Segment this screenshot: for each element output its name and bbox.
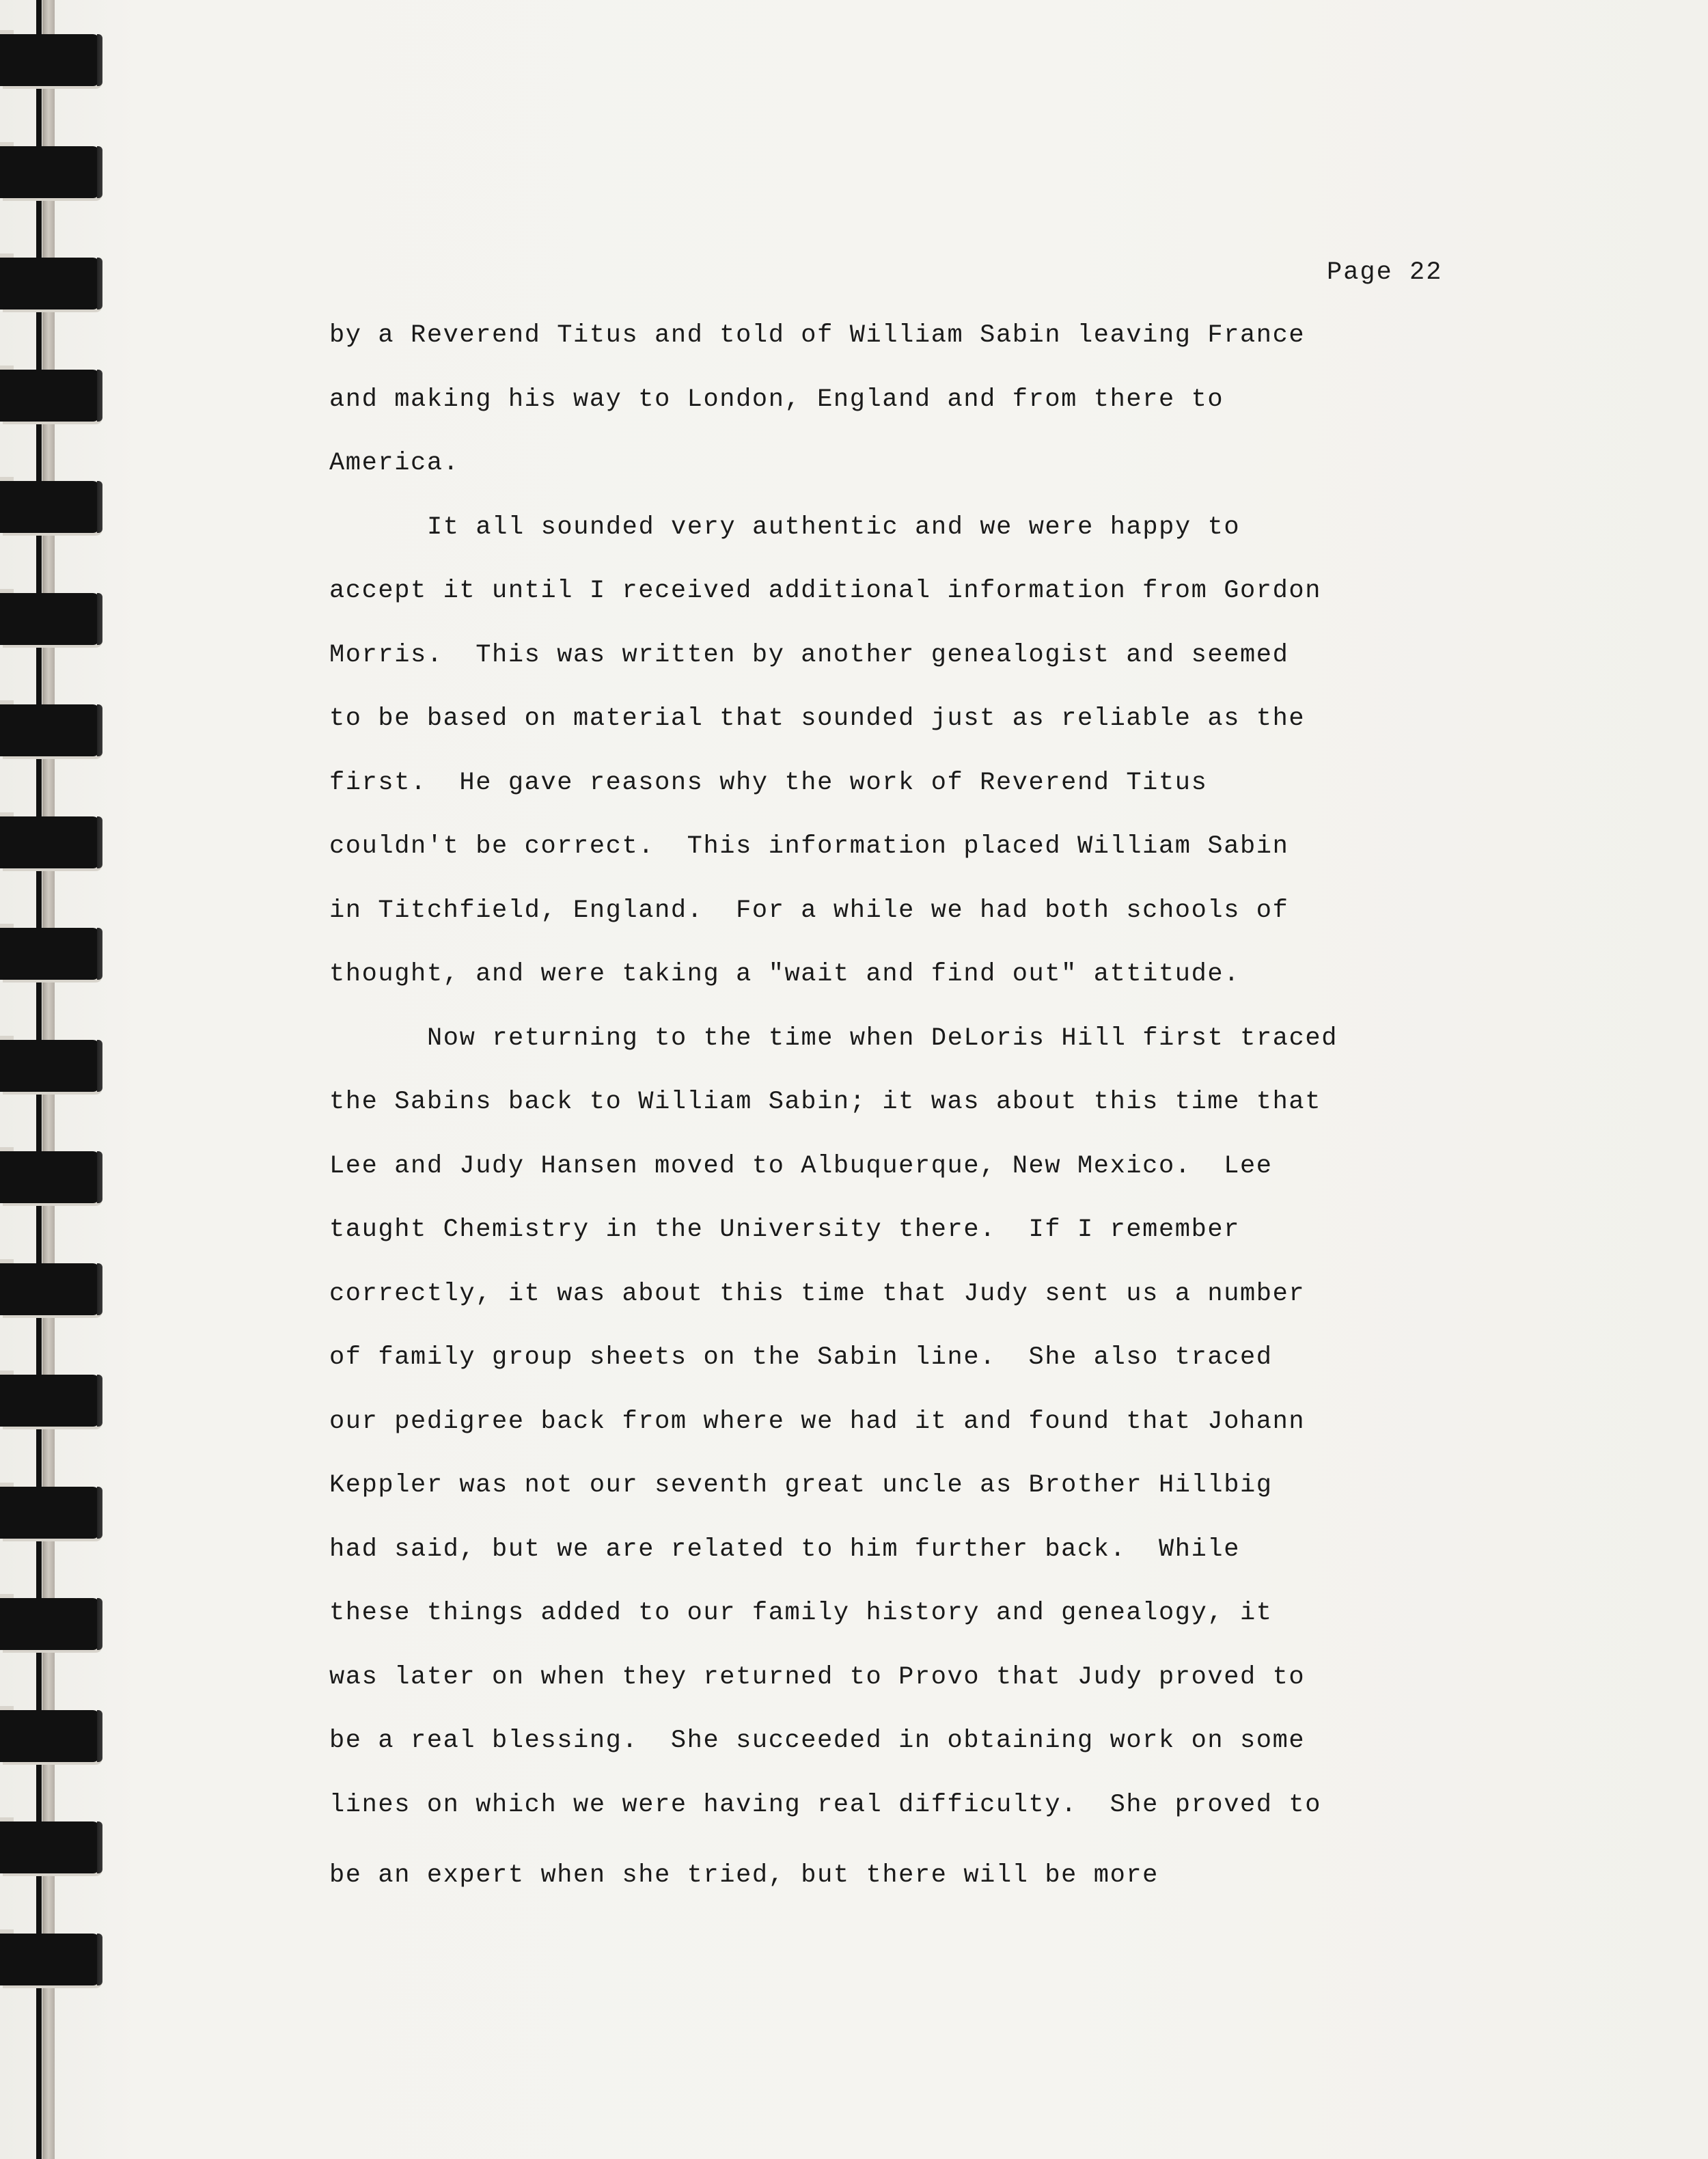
binding-ring [0, 146, 100, 198]
text-line: It all sounded very authentic and we wer… [329, 508, 1532, 572]
text-line: taught Chemistry in the University there… [329, 1210, 1532, 1274]
text-line: by a Reverend Titus and told of William … [329, 316, 1532, 380]
binding-ring [0, 258, 100, 310]
text-line: and making his way to London, England an… [329, 380, 1532, 444]
binding-ring [0, 1375, 100, 1427]
binding-ring [0, 370, 100, 422]
text-line: to be based on material that sounded jus… [329, 699, 1532, 763]
binding-ring [0, 481, 100, 533]
binding-ring [0, 1821, 100, 1873]
binding-ring [0, 1487, 100, 1539]
text-line: had said, but we are related to him furt… [329, 1530, 1532, 1594]
text-line: thought, and were taking a "wait and fin… [329, 954, 1532, 1019]
text-line: first. He gave reasons why the work of R… [329, 763, 1532, 827]
binding-ring [0, 1934, 100, 1985]
text-line: in Titchfield, England. For a while we h… [329, 891, 1532, 955]
document-page: Page 22 by a Reverend Titus and told of … [0, 0, 1708, 2159]
binding-ring [0, 1710, 100, 1762]
binding-ring [0, 1151, 100, 1203]
binding-ring [0, 593, 100, 645]
binding-ring [0, 1598, 100, 1650]
text-line: these things added to our family history… [329, 1593, 1532, 1658]
text-line: Lee and Judy Hansen moved to Albuquerque… [329, 1146, 1532, 1211]
text-line: correctly, it was about this time that J… [329, 1274, 1532, 1338]
text-line: be a real blessing. She succeeded in obt… [329, 1721, 1532, 1785]
document-body: by a Reverend Titus and told of William … [329, 316, 1532, 1920]
text-line: the Sabins back to William Sabin; it was… [329, 1082, 1532, 1146]
text-line: our pedigree back from where we had it a… [329, 1402, 1532, 1466]
text-line: be an expert when she tried, but there w… [329, 1856, 1532, 1920]
text-line: Now returning to the time when DeLoris H… [329, 1019, 1532, 1083]
text-line: of family group sheets on the Sabin line… [329, 1338, 1532, 1402]
text-line: America. [329, 443, 1532, 508]
binding-ring [0, 34, 100, 86]
binding-ring [0, 1263, 100, 1315]
page-number: Page 22 [1327, 258, 1442, 287]
text-line: was later on when they returned to Provo… [329, 1658, 1532, 1722]
text-line: Keppler was not our seventh great uncle … [329, 1466, 1532, 1530]
text-line: lines on which we were having real diffi… [329, 1785, 1532, 1849]
spiral-binding [0, 0, 109, 2159]
text-line: accept it until I received additional in… [329, 571, 1532, 635]
text-line: Morris. This was written by another gene… [329, 635, 1532, 700]
binding-ring [0, 1040, 100, 1092]
text-line: couldn't be correct. This information pl… [329, 827, 1532, 891]
binding-ring [0, 704, 100, 756]
binding-ring [0, 928, 100, 980]
binding-ring [0, 816, 100, 868]
